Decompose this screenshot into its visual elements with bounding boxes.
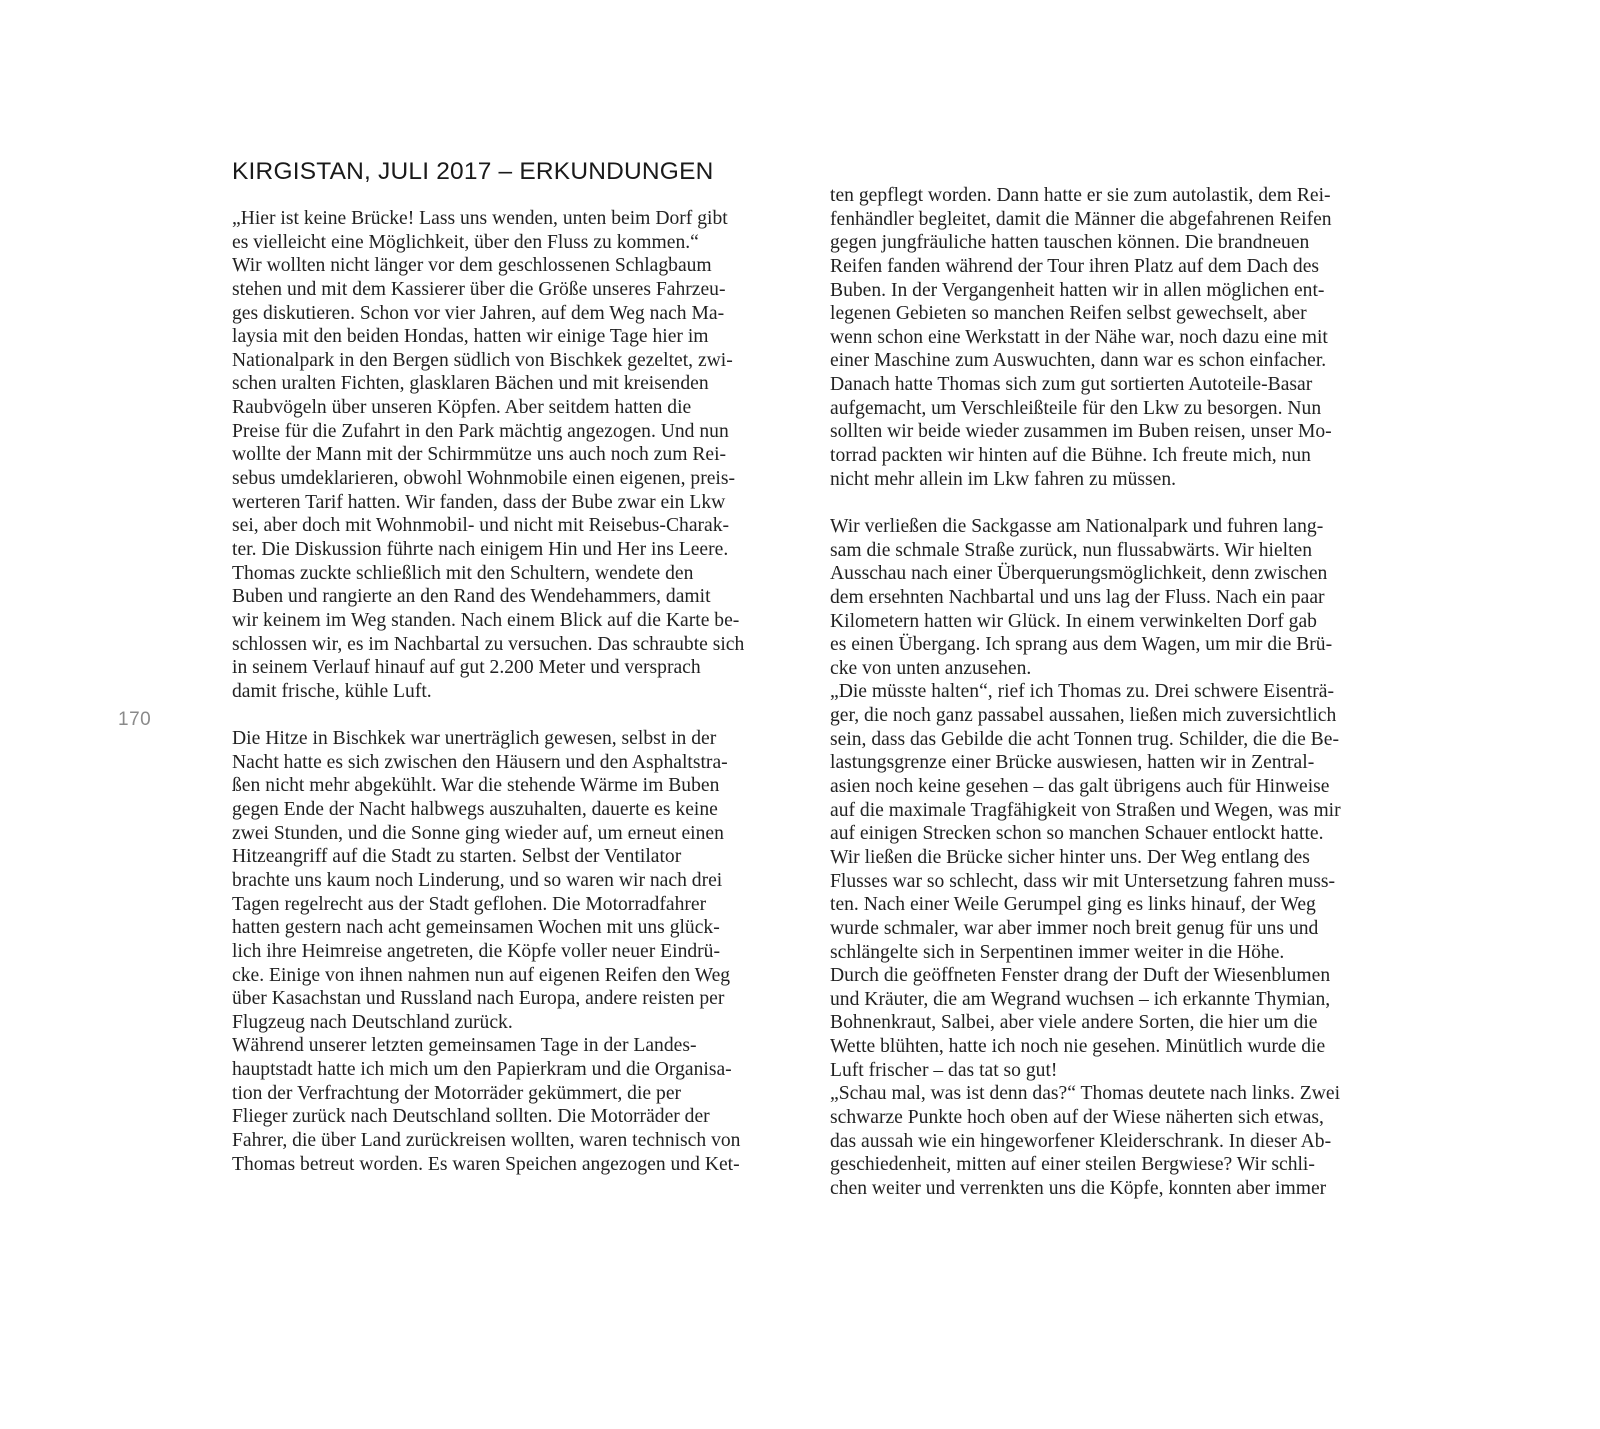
text-line: ten. Nach einer Weile Gerumpel ging es l… [830, 893, 1370, 917]
text-line: Wette blühten, hatte ich noch nie gesehe… [830, 1035, 1370, 1059]
book-page: 170 KIRGISTAN, JULI 2017 – ERKUNDUNGEN „… [0, 0, 1600, 1429]
text-line: es einen Übergang. Ich sprang aus dem Wa… [830, 633, 1370, 657]
text-line: zwei Stunden, und die Sonne ging wieder … [232, 822, 772, 846]
paragraph-break [232, 703, 772, 727]
paragraph-break [830, 491, 1370, 515]
text-line: Buben. In der Vergangenheit hatten wir i… [830, 279, 1370, 303]
text-line: ter. Die Diskussion führte nach einigem … [232, 538, 772, 562]
text-line: einer Maschine zum Auswuchten, dann war … [830, 349, 1370, 373]
text-line: lastungsgrenze einer Brücke auswiesen, h… [830, 751, 1370, 775]
text-line: Kilometern hatten wir Glück. In einem ve… [830, 610, 1370, 634]
text-line: lich ihre Heimreise angetreten, die Köpf… [232, 940, 772, 964]
text-line: Während unserer letzten gemeinsamen Tage… [232, 1034, 772, 1058]
text-line: brachte uns kaum noch Linderung, und so … [232, 869, 772, 893]
text-line: über Kasachstan und Russland nach Europa… [232, 987, 772, 1011]
text-line: und Kräuter, die am Wegrand wuchsen – ic… [830, 988, 1370, 1012]
text-line: Luft frischer – das tat so gut! [830, 1059, 1370, 1083]
text-line: ger, die noch ganz passabel aussahen, li… [830, 704, 1370, 728]
text-line: Preise für die Zufahrt in den Park mächt… [232, 420, 772, 444]
text-line: ges diskutieren. Schon vor vier Jahren, … [232, 302, 772, 326]
text-line: cke. Einige von ihnen nahmen nun auf eig… [232, 964, 772, 988]
text-line: Buben und rangierte an den Rand des Wend… [232, 585, 772, 609]
text-line: schwarze Punkte hoch oben auf der Wiese … [830, 1106, 1370, 1130]
page-number: 170 [118, 709, 151, 731]
text-line: cke von unten anzusehen. [830, 657, 1370, 681]
text-line: auf die maximale Tragfähigkeit von Straß… [830, 799, 1370, 823]
text-line: legenen Gebieten so manchen Reifen selbs… [830, 302, 1370, 326]
text-line: ten gepflegt worden. Dann hatte er sie z… [830, 184, 1370, 208]
text-line: laysia mit den beiden Hondas, hatten wir… [232, 325, 772, 349]
text-line: „Die müsste halten“, rief ich Thomas zu.… [830, 680, 1370, 704]
left-text-column: „Hier ist keine Brücke! Lass uns wenden,… [232, 207, 772, 1176]
text-line: gegen jungfräuliche hatten tauschen könn… [830, 231, 1370, 255]
text-line: ßen nicht mehr abgekühlt. War die stehen… [232, 774, 772, 798]
text-line: Nacht hatte es sich zwischen den Häusern… [232, 751, 772, 775]
text-line: asien noch keine gesehen – das galt übri… [830, 775, 1370, 799]
text-line: damit frische, kühle Luft. [232, 680, 772, 704]
text-line: Flieger zurück nach Deutschland sollten.… [232, 1105, 772, 1129]
text-line: schlängelte sich in Serpentinen immer we… [830, 941, 1370, 965]
text-line: sollten wir beide wieder zusammen im Bub… [830, 420, 1370, 444]
text-line: in seinem Verlauf hinauf auf gut 2.200 M… [232, 656, 772, 680]
text-line: Tagen regelrecht aus der Stadt geflohen.… [232, 893, 772, 917]
text-line: Die Hitze in Bischkek war unerträglich g… [232, 727, 772, 751]
text-line: geschiedenheit, mitten auf einer steilen… [830, 1153, 1370, 1177]
text-line: aufgemacht, um Verschleißteile für den L… [830, 397, 1370, 421]
text-line: sam die schmale Straße zurück, nun fluss… [830, 539, 1370, 563]
text-line: sei, aber doch mit Wohnmobil- und nicht … [232, 514, 772, 538]
text-line: wir keinem im Weg standen. Nach einem Bl… [232, 609, 772, 633]
text-line: Wir verließen die Sackgasse am Nationalp… [830, 515, 1370, 539]
text-line: torrad packten wir hinten auf die Bühne.… [830, 444, 1370, 468]
text-line: Flugzeug nach Deutschland zurück. [232, 1011, 772, 1035]
text-line: dem ersehnten Nachbartal und uns lag der… [830, 586, 1370, 610]
text-line: „Hier ist keine Brücke! Lass uns wenden,… [232, 207, 772, 231]
text-line: Ausschau nach einer Überquerungsmöglichk… [830, 562, 1370, 586]
text-line: wollte der Mann mit der Schirmmütze uns … [232, 443, 772, 467]
text-line: Thomas betreut worden. Es waren Speichen… [232, 1153, 772, 1177]
text-line: sein, dass das Gebilde die acht Tonnen t… [830, 728, 1370, 752]
text-line: wenn schon eine Werkstatt in der Nähe wa… [830, 326, 1370, 350]
text-line: Fahrer, die über Land zurückreisen wollt… [232, 1129, 772, 1153]
text-line: hatten gestern nach acht gemeinsamen Woc… [232, 916, 772, 940]
text-line: schen uralten Fichten, glasklaren Bächen… [232, 372, 772, 396]
text-line: Reifen fanden während der Tour ihren Pla… [830, 255, 1370, 279]
text-line: Wir ließen die Brücke sicher hinter uns.… [830, 846, 1370, 870]
text-line: Hitzeangriff auf die Stadt zu starten. S… [232, 845, 772, 869]
text-line: Raubvögeln über unseren Köpfen. Aber sei… [232, 396, 772, 420]
text-line: werteren Tarif hatten. Wir fanden, dass … [232, 491, 772, 515]
text-line: hauptstadt hatte ich mich um den Papierk… [232, 1058, 772, 1082]
text-line: gegen Ende der Nacht halbwegs auszuhalte… [232, 798, 772, 822]
text-line: Bohnenkraut, Salbei, aber viele andere S… [830, 1011, 1370, 1035]
chapter-heading: KIRGISTAN, JULI 2017 – ERKUNDUNGEN [232, 158, 714, 186]
text-line: schlossen wir, es im Nachbartal zu versu… [232, 633, 772, 657]
text-line: sebus umdeklarieren, obwohl Wohnmobile e… [232, 467, 772, 491]
text-line: Flusses war so schlecht, dass wir mit Un… [830, 870, 1370, 894]
right-text-column: ten gepflegt worden. Dann hatte er sie z… [830, 184, 1370, 1201]
text-line: auf einigen Strecken schon so manchen Sc… [830, 822, 1370, 846]
text-line: es vielleicht eine Möglichkeit, über den… [232, 231, 772, 255]
text-line: nicht mehr allein im Lkw fahren zu müsse… [830, 468, 1370, 492]
text-line: „Schau mal, was ist denn das?“ Thomas de… [830, 1082, 1370, 1106]
text-line: Nationalpark in den Bergen südlich von B… [232, 349, 772, 373]
text-line: fenhändler begleitet, damit die Männer d… [830, 208, 1370, 232]
text-line: Danach hatte Thomas sich zum gut sortier… [830, 373, 1370, 397]
text-line: chen weiter und verrenkten uns die Köpfe… [830, 1177, 1370, 1201]
text-line: Wir wollten nicht länger vor dem geschlo… [232, 254, 772, 278]
text-line: Durch die geöffneten Fenster drang der D… [830, 964, 1370, 988]
text-line: wurde schmaler, war aber immer noch brei… [830, 917, 1370, 941]
text-line: stehen und mit dem Kassierer über die Gr… [232, 278, 772, 302]
text-line: Thomas zuckte schließlich mit den Schult… [232, 562, 772, 586]
text-line: das aussah wie ein hingeworfener Kleider… [830, 1130, 1370, 1154]
text-line: tion der Verfrachtung der Motorräder gek… [232, 1082, 772, 1106]
